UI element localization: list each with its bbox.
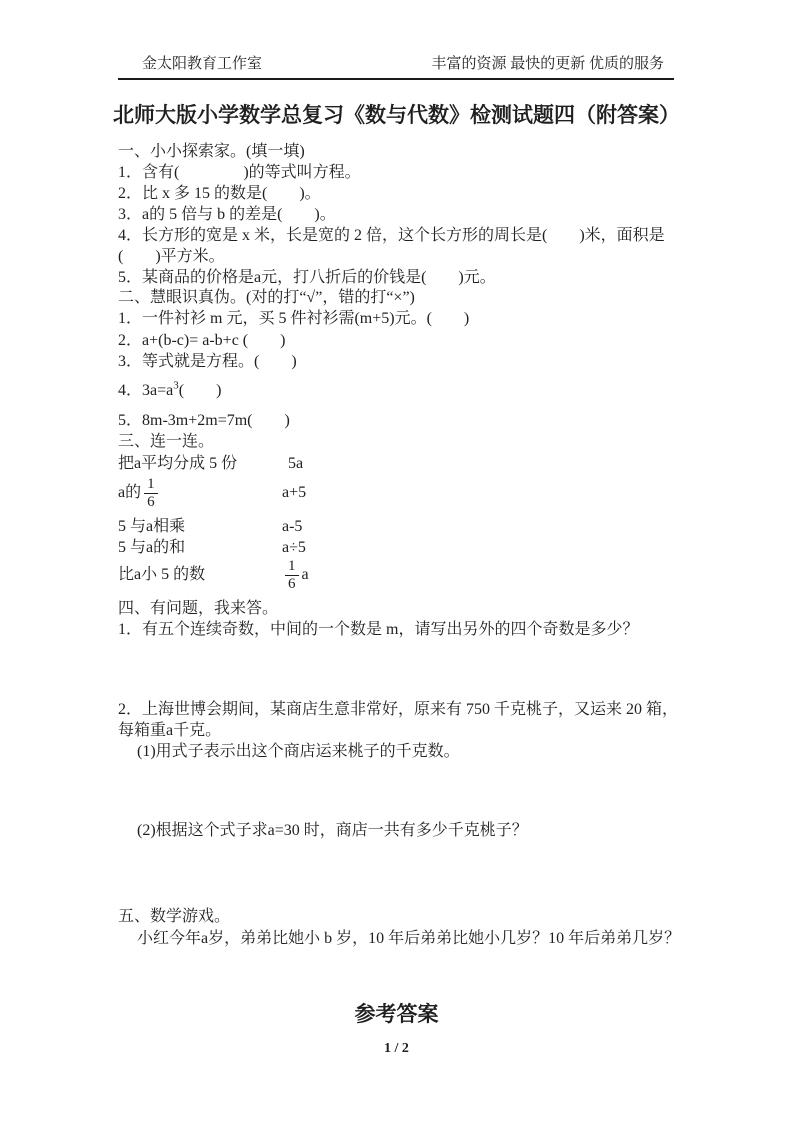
section3-heading: 三、连一连。	[118, 432, 214, 452]
match-right-4: a÷5	[282, 538, 306, 558]
section1-q4-line1: 4．长方形的宽是 x 米，长是宽的 2 倍，这个长方形的周长是( )米，面积是	[118, 226, 665, 246]
section2-q1: 1．一件衬衫 m 元，买 5 件衬衫需(m+5)元。( )	[118, 309, 469, 329]
fraction-one-sixth: 16	[285, 559, 299, 592]
section4-q2-line1: 2．上海世博会期间，某商店生意非常好，原来有 750 千克桃子，又运来 20 箱…	[118, 700, 678, 720]
match-row-5: 比a小 5 的数 16a	[118, 556, 309, 594]
section2-q3: 3．等式就是方程。( )	[118, 352, 297, 372]
header-left-text: 金太阳教育工作室	[118, 52, 262, 73]
section1-q5: 5．某商品的价格是a元，打八折后的价钱是( )元。	[118, 268, 496, 288]
section5-heading: 五、数学游戏。	[118, 907, 230, 927]
match-row-4: 5 与a的和 a÷5	[118, 538, 306, 558]
match-row-2: a的16 a+5	[118, 474, 306, 512]
match-right-1: 5a	[282, 454, 303, 474]
match-left-5: 比a小 5 的数	[118, 565, 282, 585]
page-header: 金太阳教育工作室 丰富的资源 最快的更新 优质的服务	[118, 52, 674, 80]
section4-q1: 1．有五个连续奇数，中间的一个数是 m，请写出另外的四个奇数是多少？	[118, 620, 638, 640]
match-right-5: 16a	[282, 559, 309, 592]
section1-heading: 一、小小探索家。(填一填)	[118, 142, 305, 162]
match-left-4: 5 与a的和	[118, 538, 282, 558]
match-left-2: a的16	[118, 477, 282, 510]
section4-q2-sub2: (2)根据这个式子求a=30 时，商店一共有多少千克桃子？	[137, 821, 528, 841]
section4-q2-line2: 每箱重a千克。	[118, 721, 221, 741]
section2-q4: 4．3a=a3( )	[118, 381, 221, 401]
section1-q1: 1．含有( )的等式叫方程。	[118, 163, 361, 183]
section2-q4-expression: 4．3a=a	[118, 382, 173, 399]
answers-heading: 参考答案	[0, 998, 793, 1028]
match-right-5-text: a	[302, 565, 309, 585]
section4-q2-sub1: (1)用式子表示出这个商店运来桃子的千克数。	[137, 742, 460, 762]
match-row-1: 把a平均分成 5 份 5a	[118, 454, 303, 474]
page-title: 北师大版小学数学总复习《数与代数》检测试题四（附答案）	[0, 99, 793, 129]
section2-q2: 2．a+(b-c)= a-b+c ( )	[118, 331, 285, 351]
match-right-3: a-5	[282, 517, 302, 537]
section2-heading: 二、慧眼识真伪。(对的打“√”，错的打“×”)	[118, 288, 415, 308]
section5-q1: 小红今年a岁，弟弟比她小 b 岁，10 年后弟弟比她小几岁？10 年后弟弟几岁？	[137, 929, 680, 949]
section1-q2: 2．比 x 多 15 的数是( )。	[118, 184, 321, 204]
section2-q4-blank: ( )	[179, 382, 222, 399]
section4-heading: 四、有问题，我来答。	[118, 599, 278, 619]
section1-q3: 3．a的 5 倍与 b 的差是( )。	[118, 205, 336, 225]
header-right-text: 丰富的资源 最快的更新 优质的服务	[431, 52, 674, 73]
match-left-1: 把a平均分成 5 份	[118, 454, 282, 474]
document-page: 金太阳教育工作室 丰富的资源 最快的更新 优质的服务 北师大版小学数学总复习《数…	[0, 0, 793, 1122]
match-left-2-text: a的	[118, 483, 141, 503]
section2-q5: 5．8m-3m+2m=7m( )	[118, 411, 290, 431]
fraction-one-sixth: 16	[144, 477, 158, 510]
page-number: 1 / 2	[0, 1041, 793, 1057]
section1-q4-line2: ( )平方米。	[118, 247, 225, 267]
match-row-3: 5 与a相乘 a-5	[118, 517, 302, 537]
match-left-3: 5 与a相乘	[118, 517, 282, 537]
match-right-2: a+5	[282, 483, 306, 503]
